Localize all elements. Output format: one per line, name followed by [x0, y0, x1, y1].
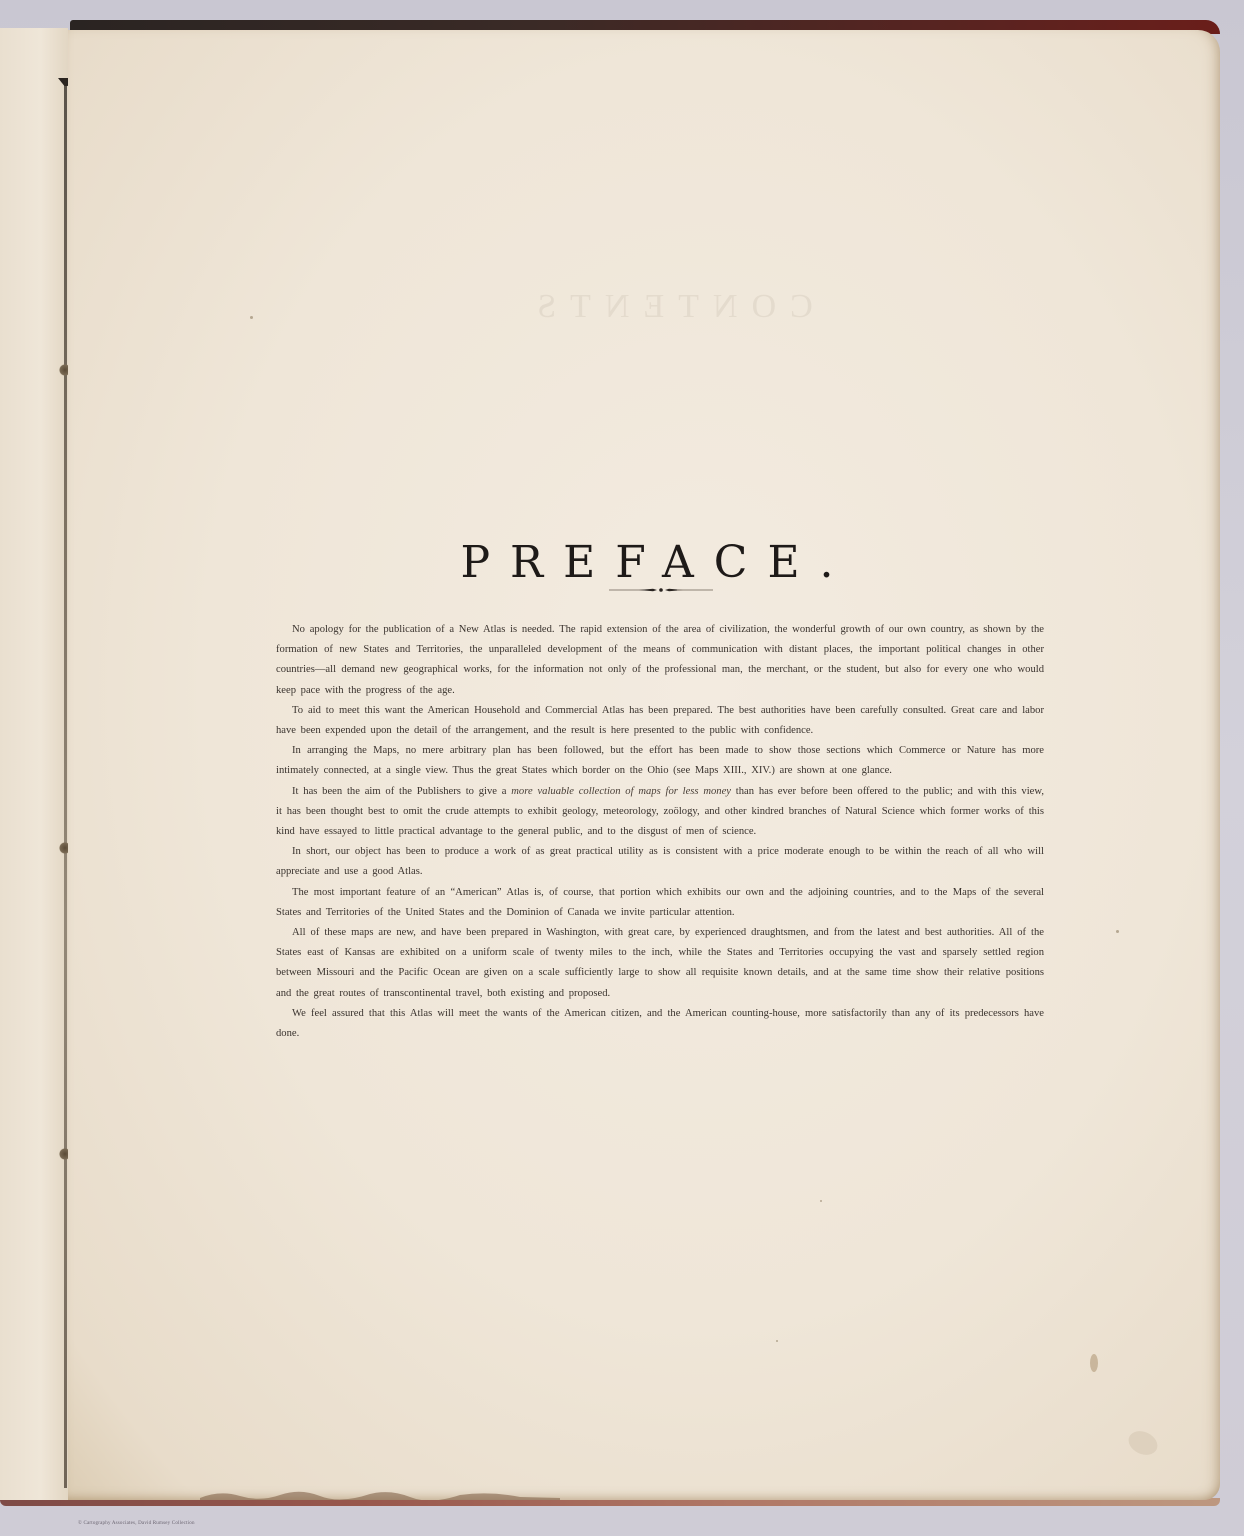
- paper-speck: [1116, 930, 1119, 933]
- paragraph: The most important feature of an “Americ…: [276, 883, 1044, 923]
- paragraph: No apology for the publication of a New …: [276, 620, 1044, 701]
- preface-body: No apology for the publication of a New …: [276, 620, 1044, 1044]
- ornamental-divider-icon: [609, 585, 713, 595]
- paragraph-italic-text: more valuable collection of maps for les…: [511, 786, 731, 797]
- paper-speck: [776, 1340, 778, 1342]
- paragraph: It has been the aim of the Publishers to…: [276, 782, 1044, 843]
- paragraph: In arranging the Maps, no mere arbitrary…: [276, 741, 1044, 781]
- bleed-through-heading: CONTENTS: [508, 288, 828, 326]
- paragraph: In short, our object has been to produce…: [276, 842, 1044, 882]
- thumb-smudge: [1125, 1427, 1161, 1460]
- paragraph: All of these maps are new, and have been…: [276, 923, 1044, 1004]
- paragraph: To aid to meet this want the American Ho…: [276, 701, 1044, 741]
- page-title: PREFACE.: [68, 537, 1220, 588]
- paper-speck: [250, 316, 253, 319]
- recto-page: CONTENTS PREFACE. No apology for the pub…: [68, 30, 1220, 1500]
- torn-page-edge: [200, 1486, 560, 1500]
- copyright-caption: © Cartography Associates, David Rumsey C…: [78, 1521, 195, 1526]
- binding-gutter-line: [64, 78, 67, 1488]
- paragraph-text: It has been the aim of the Publishers to…: [292, 786, 511, 797]
- verso-page-edge: [0, 28, 68, 1500]
- paragraph: We feel assured that this Atlas will mee…: [276, 1004, 1044, 1044]
- paper-speck: [820, 1200, 822, 1202]
- paper-stain: [1090, 1354, 1098, 1372]
